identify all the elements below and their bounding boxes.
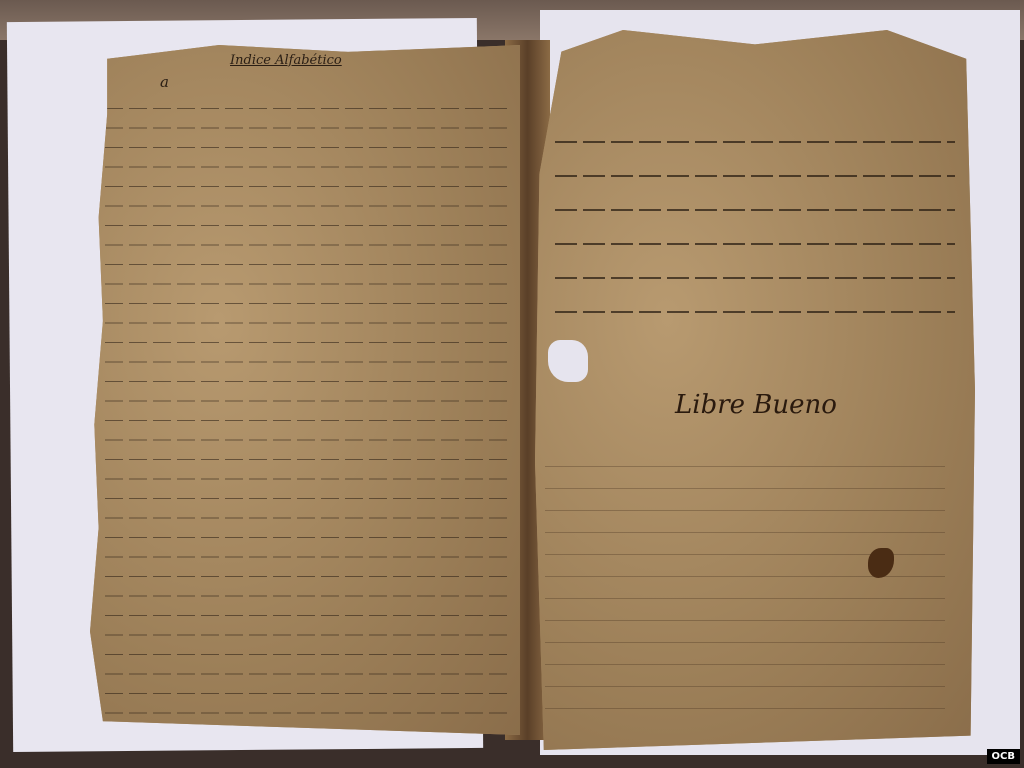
- right-manuscript-page: Libre Bueno: [535, 30, 975, 750]
- torn-hole: [548, 340, 588, 382]
- handwritten-paragraph: [555, 115, 955, 345]
- page-heading: Indice Alfabético: [230, 53, 342, 68]
- signature: Libre Bueno: [675, 390, 837, 420]
- section-letter: a: [160, 73, 169, 91]
- faded-bleedthrough-text: [545, 450, 945, 730]
- left-manuscript-page: Indice Alfabético a: [90, 45, 520, 735]
- handwritten-name-index: [105, 95, 510, 715]
- watermark-logo: OCB: [987, 749, 1020, 764]
